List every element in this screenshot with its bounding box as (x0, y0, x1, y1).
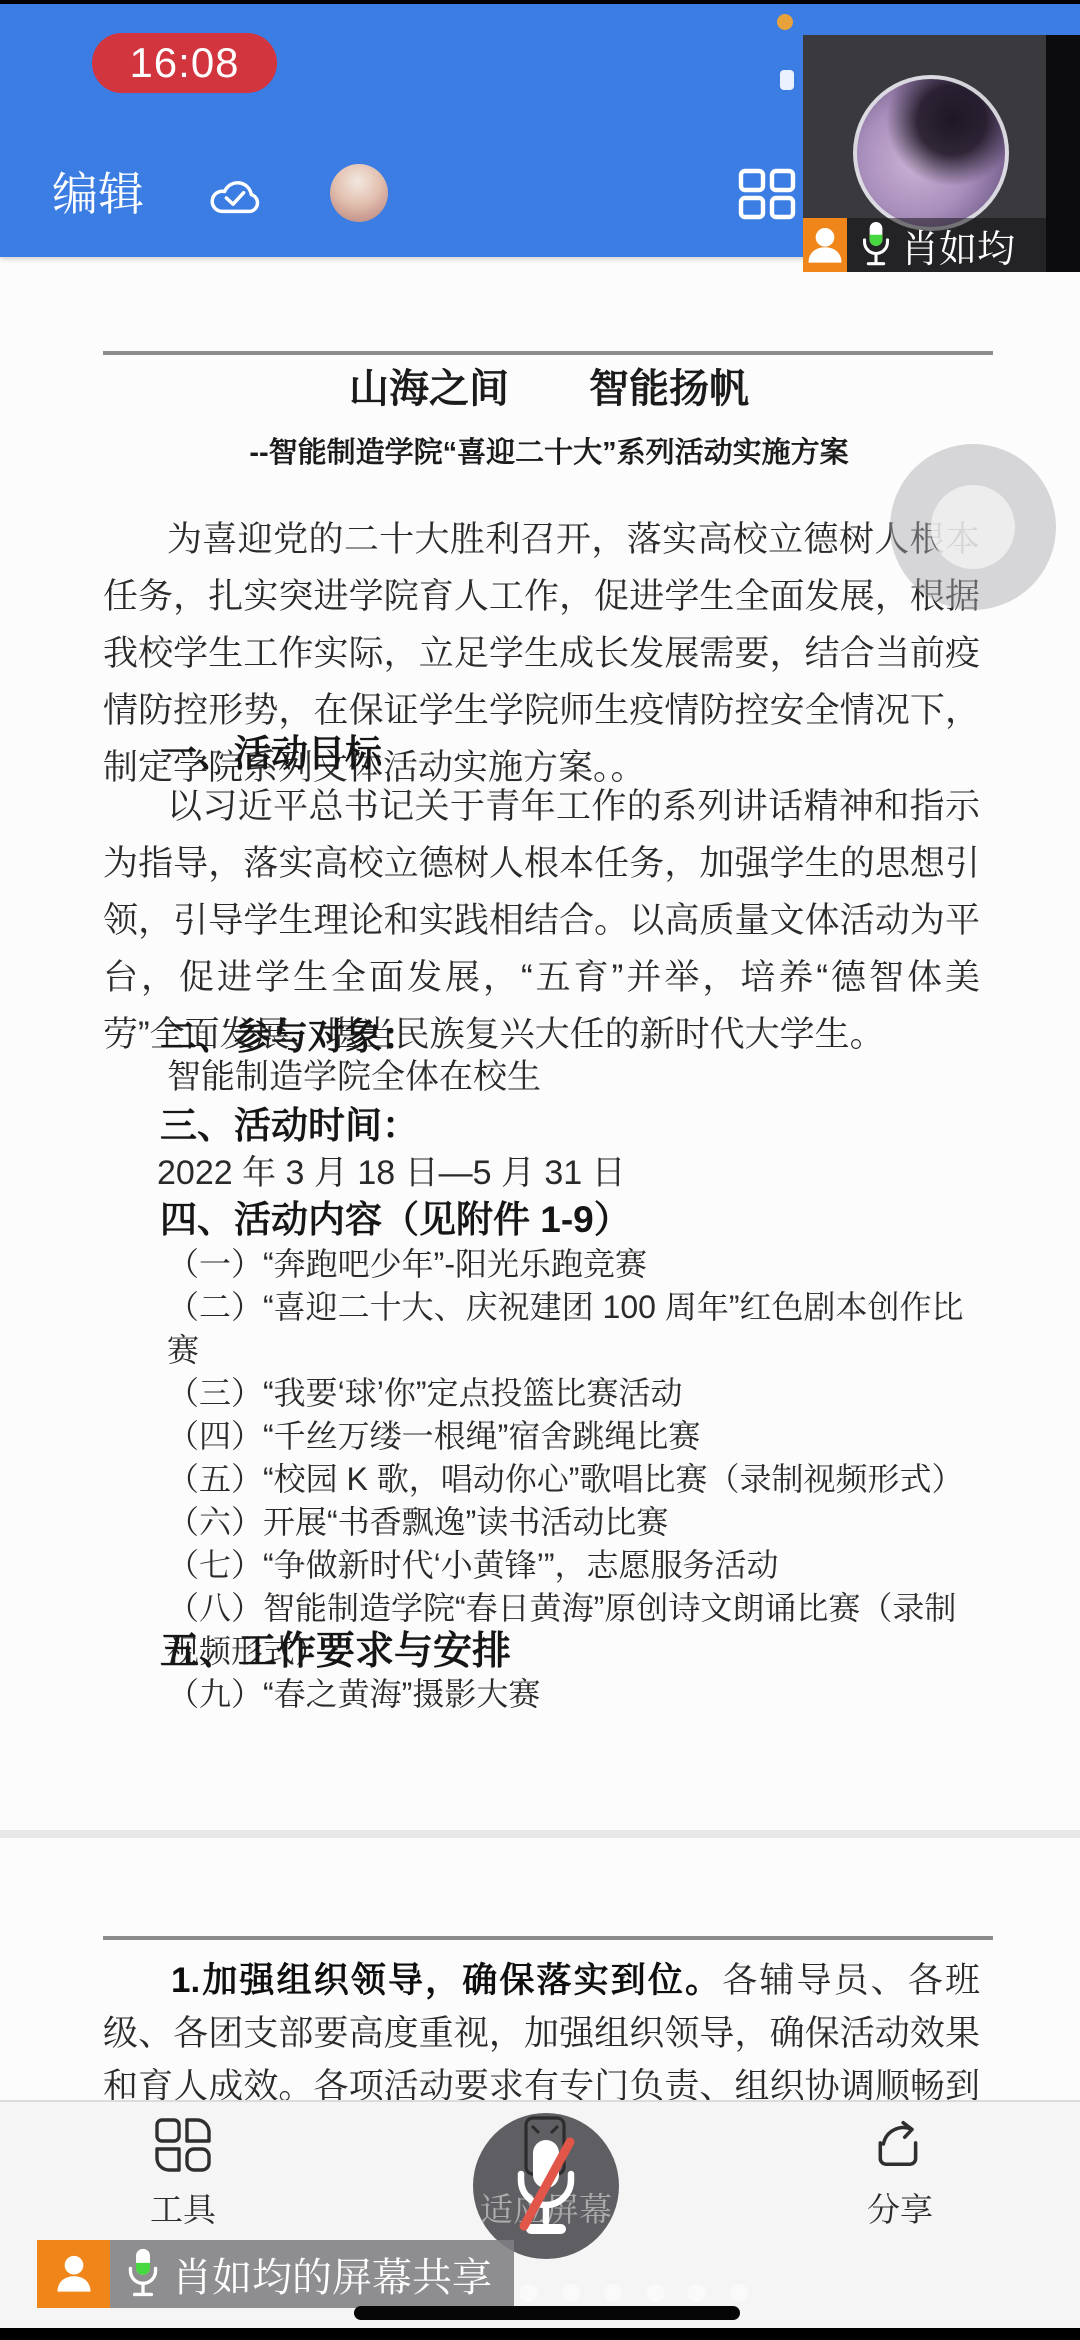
ghost-dot (520, 2284, 538, 2302)
screen-share-banner[interactable]: 肖如均的屏幕共享 (37, 2240, 514, 2308)
doc-subtitle: --智能制造学院“喜迎二十大”系列活动实施方案 (103, 434, 995, 472)
screen-top-edge (0, 0, 1080, 4)
microphone-muted-icon (508, 2130, 584, 2247)
participant-avatar (853, 75, 1009, 231)
doc-bold-lead: 1.加强组织领导，确保落实到位。 (171, 1961, 722, 2000)
page-rule-line (103, 1936, 993, 1940)
microphone-icon (124, 2247, 162, 2301)
participant-name-bar: 肖如均 (803, 218, 1080, 272)
user-avatar[interactable] (330, 164, 388, 222)
share-arrow-icon[interactable] (872, 2120, 926, 2175)
screen-bottom-edge (0, 2328, 1080, 2340)
document-page: 山海之间 智能扬帆 --智能制造学院“喜迎二十大”系列活动实施方案 为喜迎党的二… (103, 257, 995, 2100)
app-grid-icon[interactable] (738, 168, 796, 225)
banner-body: 肖如均的屏幕共享 (110, 2240, 514, 2308)
status-time: 16:08 (129, 39, 239, 87)
tools-button[interactable]: 工具 (128, 2184, 238, 2231)
floating-assistive-ball[interactable] (890, 444, 1056, 610)
ghost-dot (562, 2284, 580, 2302)
recording-time-pill[interactable]: 16:08 (92, 33, 277, 93)
tools-grid-icon[interactable] (155, 2118, 211, 2177)
participant-name: 肖如均 (901, 218, 1015, 273)
person-icon (52, 2249, 96, 2299)
list-item: （三）“我要‘球’你”定点投篮比赛活动 (167, 1372, 987, 1415)
ghost-dot (604, 2284, 622, 2302)
list-item: （二）“喜迎二十大、庆祝建团 100 周年”红色剧本创作比赛 (167, 1286, 987, 1372)
presenter-badge (803, 218, 847, 272)
list-item: （九）“春之黄海”摄影大赛 (167, 1673, 987, 1716)
microphone-icon (859, 220, 893, 270)
cloud-check-icon[interactable] (206, 174, 264, 225)
home-indicator[interactable] (354, 2306, 740, 2320)
ghost-dot (730, 2284, 748, 2302)
share-button[interactable]: 分享 (845, 2184, 955, 2231)
list-item: （四）“千丝万缕一根绳”宿舍跳绳比赛 (167, 1415, 987, 1458)
list-item: （七）“争做新时代‘小黄锋’”，志愿服务活动 (167, 1544, 987, 1587)
doc-line-date: 2022 年 3 月 18 日—5 月 31 日 (157, 1152, 626, 1194)
doc-heading-2: 二、参与对象： (160, 1014, 419, 1060)
presenter-badge (37, 2240, 110, 2308)
cursor-mark (780, 70, 794, 90)
page-gap-separator (0, 1830, 1080, 1838)
doc-heading-4: 四、活动内容（见附件 1-9） (160, 1197, 631, 1243)
doc-heading-1: 一、活动目标 (160, 731, 382, 777)
screen-share-text: 肖如均的屏幕共享 (172, 2246, 492, 2303)
floating-ball-inner (931, 485, 1015, 569)
status-orange-dot (777, 14, 793, 30)
edit-button[interactable]: 编辑 (52, 168, 144, 220)
doc-title: 山海之间 智能扬帆 (103, 363, 995, 415)
ghost-dot (646, 2284, 664, 2302)
person-icon (803, 218, 847, 272)
doc-heading-3: 三、活动时间： (160, 1103, 419, 1149)
list-item: （六）开展“书香飘逸”读书活动比赛 (167, 1501, 987, 1544)
doc-line: 智能制造学院全体在校生 (167, 1056, 541, 1098)
list-item: （一）“奔跑吧少年”-阳光乐跑竞赛 (167, 1243, 987, 1286)
phone-screen: 16:08 编辑 (0, 0, 1080, 2340)
ghost-dot (688, 2284, 706, 2302)
list-item: （五）“校园 K 歌，唱动你心”歌唱比赛（录制视频形式） (167, 1458, 987, 1501)
doc-heading-5: 五、工作要求与安排 (160, 1629, 511, 1675)
page-rule-line (103, 351, 993, 355)
participant-video-tile[interactable]: 肖如均 (803, 35, 1080, 272)
